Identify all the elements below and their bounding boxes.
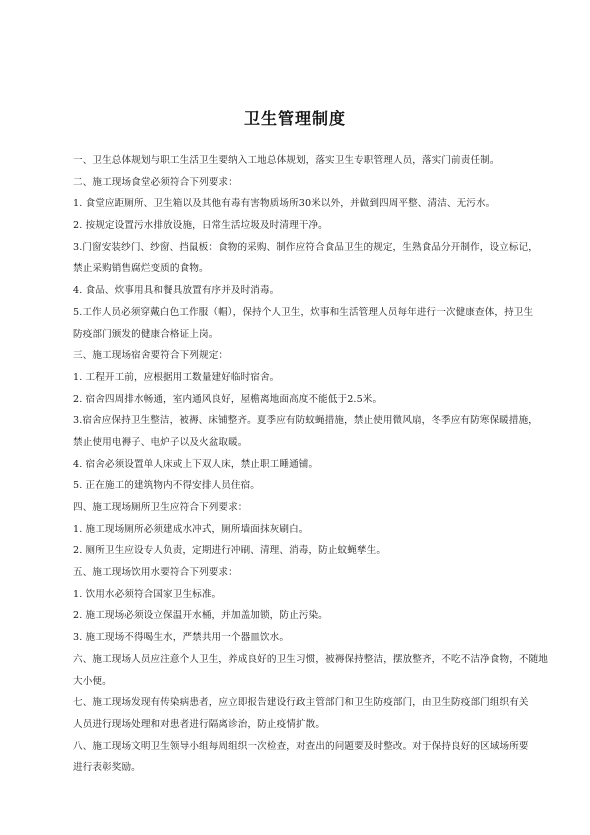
section-2-heading: 二、施工现场食堂必须符合下列要求：: [73, 172, 533, 194]
section-7-paragraph-cont: 人员进行现场处理和对患者进行隔离诊治，防止疫情扩散。: [73, 714, 533, 736]
section-2-item-4: 4. 食品、炊事用具和餐具放置有序并及时消毒。: [73, 280, 533, 302]
section-3-item-2: 2. 宿舍四周排水畅通，室内通风良好，屋檐离地面高度不能低于2.5米。: [73, 389, 533, 411]
section-2-item-5: 5.工作人员必须穿戴白色工作服（帽），保持个人卫生，炊事和生活管理人员每年进行一…: [73, 302, 533, 324]
section-4-item-1: 1. 施工现场厕所必须建成水冲式，厕所墙面抹灰刷白。: [73, 519, 533, 541]
document-page: 卫生管理制度 一、卫生总体规划与职工生活卫生要纳入工地总体规划，落实卫生专职管理…: [0, 0, 590, 835]
section-3-item-4: 4. 宿舍必须设置单人床或上下双人床，禁止职工睡通铺。: [73, 454, 533, 476]
section-7-paragraph: 七、施工现场发现有传染病患者，应立即报告建设行政主管部门和卫生防疫部门，由卫生防…: [73, 692, 533, 714]
document-body: 一、卫生总体规划与职工生活卫生要纳入工地总体规划，落实卫生专职管理人员，落实门前…: [73, 150, 533, 779]
section-5-item-2: 2. 施工现场必须设立保温开水桶，并加盖加锁，防止污染。: [73, 605, 533, 627]
section-4-item-2: 2. 厕所卫生应设专人负责，定期进行冲刷、清理、消毒，防止蚊蝇孳生。: [73, 540, 533, 562]
section-8-paragraph-cont: 进行表彰奖励。: [73, 757, 533, 779]
section-3-item-1: 1. 工程开工前，应根据用工数量建好临时宿舍。: [73, 367, 533, 389]
section-3-heading: 三、施工现场宿舍要符合下列规定：: [73, 345, 533, 367]
section-4-heading: 四、施工现场厕所卫生应符合下列要求：: [73, 497, 533, 519]
section-2-item-3-cont: 禁止采购销售腐烂变质的食物。: [73, 258, 533, 280]
section-2-item-1: 1. 食堂应距厕所、卫生箱以及其他有毒有害物质场所30米以外，并做到四周平整、清…: [73, 193, 533, 215]
section-3-item-3-cont: 禁止使用电褥子、电炉子以及火盆取暖。: [73, 432, 533, 454]
section-8-paragraph: 八、施工现场文明卫生领导小组每周组织一次检查，对查出的问题要及时整改。对于保持良…: [73, 736, 533, 758]
section-2-item-2: 2. 按规定设置污水排放设施，日常生活垃圾及时清理干净。: [73, 215, 533, 237]
section-1-heading: 一、卫生总体规划与职工生活卫生要纳入工地总体规划，落实卫生专职管理人员，落实门前…: [73, 150, 533, 172]
section-3-item-5: 5. 正在施工的建筑物内不得安排人员住宿。: [73, 475, 533, 497]
section-6-paragraph-cont: 大小便。: [73, 671, 533, 693]
section-5-item-1: 1. 饮用水必须符合国家卫生标准。: [73, 584, 533, 606]
section-5-item-3: 3. 施工现场不得喝生水，严禁共用一个器皿饮水。: [73, 627, 533, 649]
section-6-paragraph: 六、施工现场人员应注意个人卫生，养成良好的卫生习惯，被褥保持整洁，摆放整齐，不吃…: [73, 649, 533, 671]
section-2-item-5-cont: 防疫部门颁发的健康合格证上岗。: [73, 324, 533, 346]
section-3-item-3: 3.宿舍应保持卫生整洁，被褥、床铺整齐。夏季应有防蚊蝇措施，禁止使用微风扇，冬季…: [73, 410, 533, 432]
section-5-heading: 五、施工现场饮用水要符合下列要求：: [73, 562, 533, 584]
document-title: 卫生管理制度: [0, 106, 590, 129]
section-2-item-3: 3.门窗安装纱门、纱窗、挡鼠板：食物的采购、制作应符合食品卫生的规定，生熟食品分…: [73, 237, 533, 259]
